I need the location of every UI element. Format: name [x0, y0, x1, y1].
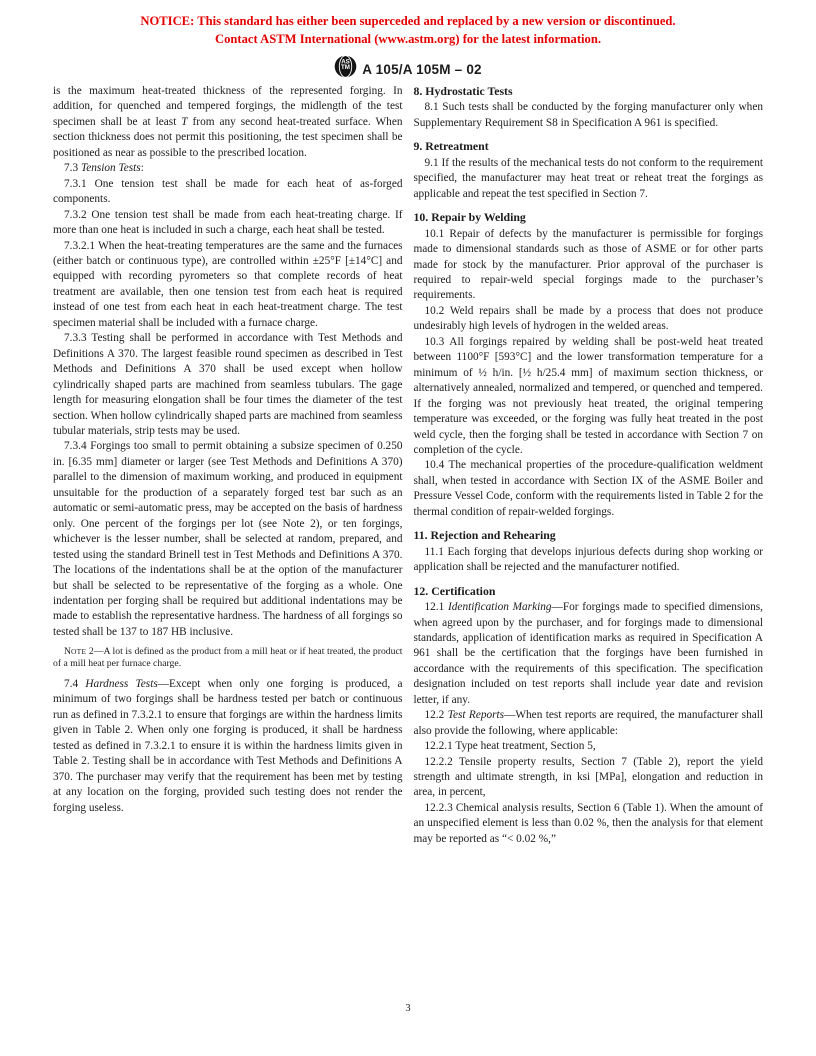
text-run: :: [141, 162, 144, 174]
paragraph: 7.3.2.1 When the heat-treating temperatu…: [53, 239, 403, 332]
text-run: 12.1: [425, 601, 449, 613]
two-column-body: is the maximum heat-treated thickness of…: [53, 84, 763, 847]
left-column: is the maximum heat-treated thickness of…: [53, 84, 403, 847]
paragraph: 10.1 Repair of defects by the manufactur…: [414, 227, 764, 304]
text-run: 7.3.2 One tension test shall be made fro…: [53, 209, 403, 236]
text-run: 9.1 If the results of the mechanical tes…: [414, 157, 764, 200]
text-run: 11.1 Each forging that develops injuriou…: [414, 546, 764, 573]
notice-line-1: NOTICE: This standard has either been su…: [0, 12, 816, 30]
section-heading: 11. Rejection and Rehearing: [414, 528, 764, 543]
text-run: 12.2.2 Tensile property results, Section…: [414, 756, 764, 799]
paragraph: 10.2 Weld repairs shall be made by a pro…: [414, 304, 764, 335]
text-run: 8.1 Such tests shall be conducted by the…: [414, 101, 764, 128]
paragraph: 9.1 If the results of the mechanical tes…: [414, 156, 764, 202]
text-run: 10.2 Weld repairs shall be made by a pro…: [414, 305, 764, 332]
text-run: 9. Retreatment: [414, 139, 489, 153]
text-run: 7.3.1 One tension test shall be made for…: [53, 178, 403, 205]
paragraph: 7.3.4 Forgings too small to permit obtai…: [53, 439, 403, 640]
text-run: Hardness Tests: [85, 678, 157, 690]
standard-header: AS TM A 105/A 105M – 02: [0, 55, 816, 83]
paragraph: 10.4 The mechanical properties of the pr…: [414, 458, 764, 520]
text-run: 7.3.4 Forgings too small to permit obtai…: [53, 440, 403, 637]
paragraph: 12.2.1 Type heat treatment, Section 5,: [414, 739, 764, 754]
paragraph: 11.1 Each forging that develops injuriou…: [414, 545, 764, 576]
paragraph: 7.3.3 Testing shall be performed in acco…: [53, 331, 403, 439]
text-run: —For forgings made to specified dimensio…: [414, 601, 764, 706]
standard-designation: A 105/A 105M – 02: [362, 62, 481, 77]
right-column: 8. Hydrostatic Tests8.1 Such tests shall…: [414, 84, 764, 847]
text-run: 11. Rejection and Rehearing: [414, 528, 556, 542]
paragraph: 10.3 All forgings repaired by welding sh…: [414, 335, 764, 459]
text-run: 12. Certification: [414, 584, 496, 598]
paragraph: is the maximum heat-treated thickness of…: [53, 84, 403, 161]
text-run: Tension Tests: [81, 162, 141, 174]
paragraph: 7.3 Tension Tests:: [53, 161, 403, 176]
paragraph: 12.2.3 Chemical analysis results, Sectio…: [414, 801, 764, 847]
text-run: 10.3 All forgings repaired by welding sh…: [414, 336, 764, 456]
section-heading: 9. Retreatment: [414, 139, 764, 154]
text-run: ote: [71, 647, 86, 656]
paragraph: 7.3.1 One tension test shall be made for…: [53, 177, 403, 208]
text-run: 10.4 The mechanical properties of the pr…: [414, 459, 764, 517]
text-run: 2—A lot is defined as the product from a…: [53, 646, 403, 669]
page-footer: 3: [0, 1003, 816, 1014]
document-page: NOTICE: This standard has either been su…: [0, 0, 816, 1056]
footnote: Note 2—A lot is defined as the product f…: [53, 646, 403, 670]
notice-line-2: Contact ASTM International (www.astm.org…: [0, 30, 816, 48]
text-run: 7.3.3 Testing shall be performed in acco…: [53, 332, 403, 437]
text-run: 7.3.2.1 When the heat-treating temperatu…: [53, 240, 403, 329]
paragraph: 12.2.2 Tensile property results, Section…: [414, 755, 764, 801]
astm-logo-icon: AS TM: [334, 55, 357, 83]
text-run: Test Reports: [448, 709, 504, 721]
text-run: 7.3: [64, 162, 81, 174]
svg-text:TM: TM: [341, 64, 350, 71]
text-run: N: [64, 646, 71, 657]
section-heading: 8. Hydrostatic Tests: [414, 84, 764, 99]
paragraph: 8.1 Such tests shall be conducted by the…: [414, 100, 764, 131]
section-heading: 10. Repair by Welding: [414, 210, 764, 225]
discontinuation-notice: NOTICE: This standard has either been su…: [0, 0, 816, 48]
text-run: 10.1 Repair of defects by the manufactur…: [414, 228, 764, 302]
section-heading: 12. Certification: [414, 584, 764, 599]
paragraph: 7.3.2 One tension test shall be made fro…: [53, 208, 403, 239]
text-run: Identification Marking: [448, 601, 552, 613]
text-run: 8. Hydrostatic Tests: [414, 84, 513, 98]
paragraph: 12.2 Test Reports—When test reports are …: [414, 708, 764, 739]
text-run: 12.2.1 Type heat treatment, Section 5,: [425, 740, 596, 752]
text-run: 12.2.3 Chemical analysis results, Sectio…: [414, 802, 764, 845]
text-run: 12.2: [425, 709, 448, 721]
paragraph: 12.1 Identification Marking—For forgings…: [414, 600, 764, 708]
page-number: 3: [405, 1003, 410, 1014]
text-run: —Except when only one forging is produce…: [53, 678, 403, 814]
text-run: 7.4: [64, 678, 85, 690]
paragraph: 7.4 Hardness Tests—Except when only one …: [53, 677, 403, 816]
text-run: 10. Repair by Welding: [414, 210, 526, 224]
